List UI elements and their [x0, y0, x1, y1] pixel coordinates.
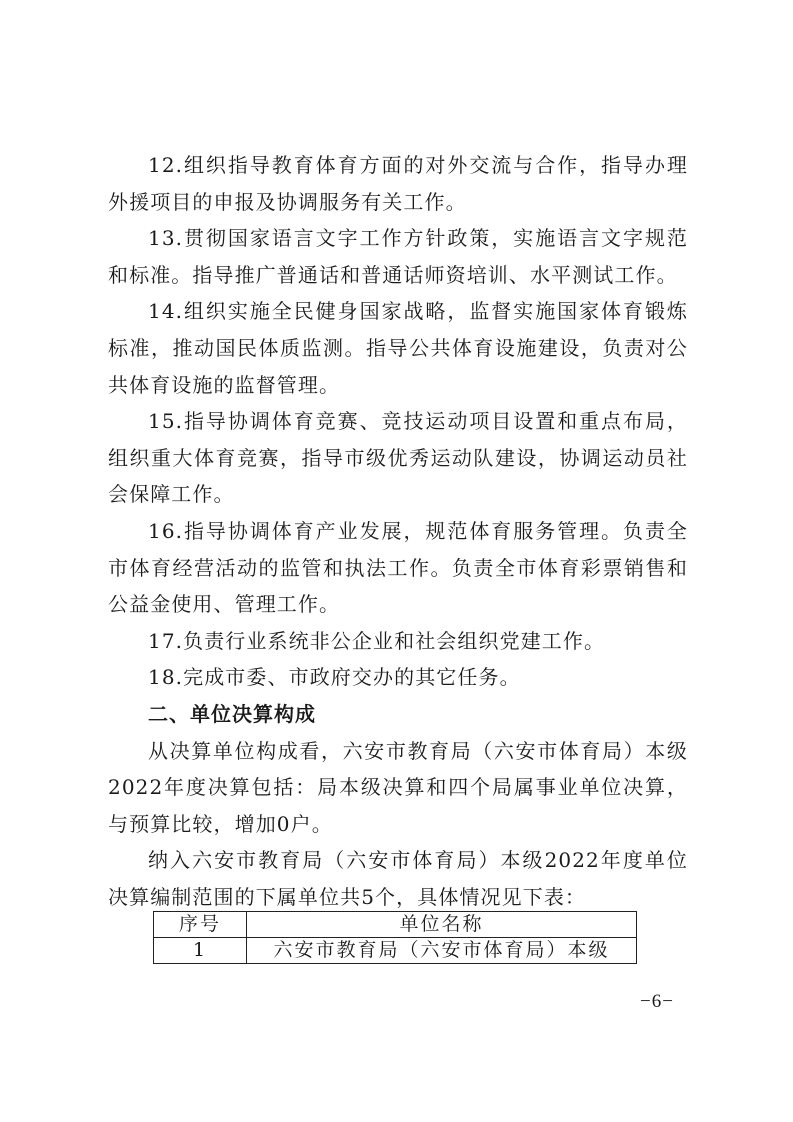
document-body: 12.组织指导教育体育方面的对外交流与合作，指导办理外援项目的申报及协调服务有关… [108, 147, 688, 915]
duty-item-16: 16.指导协调体育产业发展，规范体育服务管理。负责全市体育经营活动的监管和执法工… [108, 513, 688, 623]
duty-item-12: 12.组织指导教育体育方面的对外交流与合作，指导办理外援项目的申报及协调服务有关… [108, 147, 688, 220]
table-header-row: 序号 单位名称 [154, 912, 637, 938]
table-cell-unit-name: 六安市教育局（六安市体育局）本级 [247, 938, 637, 964]
duty-item-14: 14.组织实施全民健身国家战略，监督实施国家体育锻炼标准，推动国民体质监测。指导… [108, 293, 688, 403]
page-number: −6− [640, 991, 674, 1013]
duty-item-17: 17.负责行业系统非公企业和社会组织党建工作。 [108, 623, 688, 660]
column-header-unit-name: 单位名称 [247, 912, 637, 938]
duty-item-15: 15.指导协调体育竞赛、竞技运动项目设置和重点布局，组织重大体育竞赛，指导市级优… [108, 403, 688, 513]
duty-item-18: 18.完成市委、市政府交办的其它任务。 [108, 659, 688, 696]
duty-item-13: 13.贯彻国家语言文字工作方针政策，实施语言文字规范和标准。指导推广普通话和普通… [108, 220, 688, 293]
column-header-number: 序号 [154, 912, 247, 938]
table-cell-number: 1 [154, 938, 247, 964]
table-row: 1 六安市教育局（六安市体育局）本级 [154, 938, 637, 964]
unit-composition-paragraph: 从决算单位构成看，六安市教育局（六安市体育局）本级2022年度决算包括：局本级决… [108, 733, 688, 843]
section-heading: 二、单位决算构成 [108, 696, 688, 733]
unit-table: 序号 单位名称 1 六安市教育局（六安市体育局）本级 [153, 911, 637, 964]
unit-scope-paragraph: 纳入六安市教育局（六安市体育局）本级2022年度单位决算编制范围的下属单位共5个… [108, 842, 688, 915]
